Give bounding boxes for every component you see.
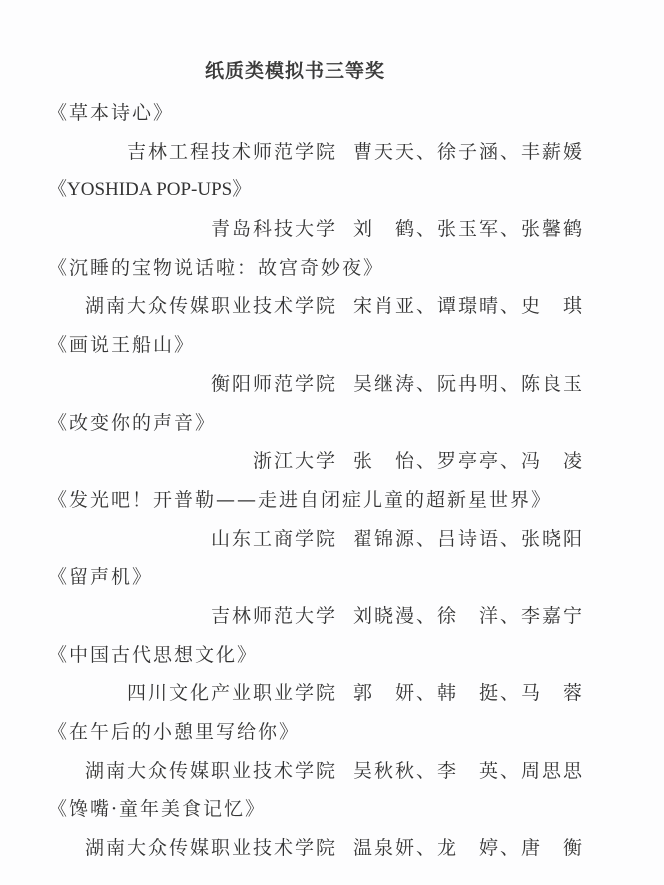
credit-line: 湖南大众传媒职业技术学院宋肖亚、谭璟晴、史 琪 — [48, 287, 584, 326]
award-entry: 《馋嘴·童年美食记忆》 湖南大众传媒职业技术学院温泉妍、龙 婷、唐 衡 — [48, 790, 584, 867]
school-name: 湖南大众传媒职业技术学院 — [85, 837, 337, 859]
credit-line: 四川文化产业职业学院郭 妍、韩 挺、马 蓉 — [48, 674, 584, 713]
award-entry: 《沉睡的宝物说话啦：故宫奇妙夜》 湖南大众传媒职业技术学院宋肖亚、谭璟晴、史 琪 — [48, 249, 584, 326]
author-names: 吴秋秋、李 英、周思思 — [353, 760, 584, 782]
author-names: 刘晓漫、徐 洋、李嘉宁 — [353, 605, 584, 627]
credit-line: 浙江大学张 怡、罗亭亭、冯 凌 — [48, 442, 584, 481]
work-title: 《馋嘴·童年美食记忆》 — [48, 790, 584, 829]
award-list: 《草本诗心》 吉林工程技术师范学院曹天天、徐子涵、丰薪媛 《YOSHIDA PO… — [48, 94, 584, 868]
award-heading: 纸质类模拟书三等奖 — [0, 56, 590, 83]
author-names: 张 怡、罗亭亭、冯 凌 — [353, 450, 584, 472]
credit-line: 吉林师范大学刘晓漫、徐 洋、李嘉宁 — [48, 597, 584, 636]
work-title: 《YOSHIDA POP-UPS》 — [48, 171, 584, 210]
school-name: 衡阳师范学院 — [211, 373, 337, 395]
author-names: 宋肖亚、谭璟晴、史 琪 — [353, 295, 584, 317]
author-names: 温泉妍、龙 婷、唐 衡 — [353, 837, 584, 859]
credit-line: 山东工商学院翟锦源、吕诗语、张晓阳 — [48, 520, 584, 559]
school-name: 湖南大众传媒职业技术学院 — [85, 295, 337, 317]
award-entry: 《留声机》 吉林师范大学刘晓漫、徐 洋、李嘉宁 — [48, 558, 584, 635]
award-entry: 《在午后的小憩里写给你》 湖南大众传媒职业技术学院吴秋秋、李 英、周思思 — [48, 713, 584, 790]
credit-line: 湖南大众传媒职业技术学院吴秋秋、李 英、周思思 — [48, 752, 584, 791]
work-title: 《草本诗心》 — [48, 94, 584, 133]
work-title: 《中国古代思想文化》 — [48, 636, 584, 675]
work-title: 《在午后的小憩里写给你》 — [48, 713, 584, 752]
author-names: 翟锦源、吕诗语、张晓阳 — [353, 528, 584, 550]
award-entry: 《画说王船山》 衡阳师范学院吴继涛、阮冉明、陈良玉 — [48, 326, 584, 403]
credit-line: 湖南大众传媒职业技术学院温泉妍、龙 婷、唐 衡 — [48, 829, 584, 868]
document-page: 纸质类模拟书三等奖 《草本诗心》 吉林工程技术师范学院曹天天、徐子涵、丰薪媛 《… — [0, 0, 664, 885]
work-title: 《画说王船山》 — [48, 326, 584, 365]
work-title: 《改变你的声音》 — [48, 404, 584, 443]
school-name: 吉林师范大学 — [211, 605, 337, 627]
work-title: 《沉睡的宝物说话啦：故宫奇妙夜》 — [48, 249, 584, 288]
work-title: 《留声机》 — [48, 558, 584, 597]
award-entry: 《YOSHIDA POP-UPS》 青岛科技大学刘 鹤、张玉军、张馨鹤 — [48, 171, 584, 248]
school-name: 湖南大众传媒职业技术学院 — [85, 760, 337, 782]
award-entry: 《改变你的声音》 浙江大学张 怡、罗亭亭、冯 凌 — [48, 404, 584, 481]
award-entry: 《草本诗心》 吉林工程技术师范学院曹天天、徐子涵、丰薪媛 — [48, 94, 584, 171]
author-names: 曹天天、徐子涵、丰薪媛 — [353, 141, 584, 163]
school-name: 浙江大学 — [253, 450, 337, 472]
school-name: 吉林工程技术师范学院 — [127, 141, 337, 163]
school-name: 青岛科技大学 — [211, 218, 337, 240]
credit-line: 衡阳师范学院吴继涛、阮冉明、陈良玉 — [48, 365, 584, 404]
work-title: 《发光吧！开普勒——走进自闭症儿童的超新星世界》 — [48, 481, 584, 520]
school-name: 四川文化产业职业学院 — [127, 682, 337, 704]
award-entry: 《发光吧！开普勒——走进自闭症儿童的超新星世界》 山东工商学院翟锦源、吕诗语、张… — [48, 481, 584, 558]
award-entry: 《中国古代思想文化》 四川文化产业职业学院郭 妍、韩 挺、马 蓉 — [48, 636, 584, 713]
school-name: 山东工商学院 — [211, 528, 337, 550]
author-names: 郭 妍、韩 挺、马 蓉 — [353, 682, 584, 704]
author-names: 刘 鹤、张玉军、张馨鹤 — [353, 218, 584, 240]
author-names: 吴继涛、阮冉明、陈良玉 — [353, 373, 584, 395]
credit-line: 青岛科技大学刘 鹤、张玉军、张馨鹤 — [48, 210, 584, 249]
credit-line: 吉林工程技术师范学院曹天天、徐子涵、丰薪媛 — [48, 133, 584, 172]
